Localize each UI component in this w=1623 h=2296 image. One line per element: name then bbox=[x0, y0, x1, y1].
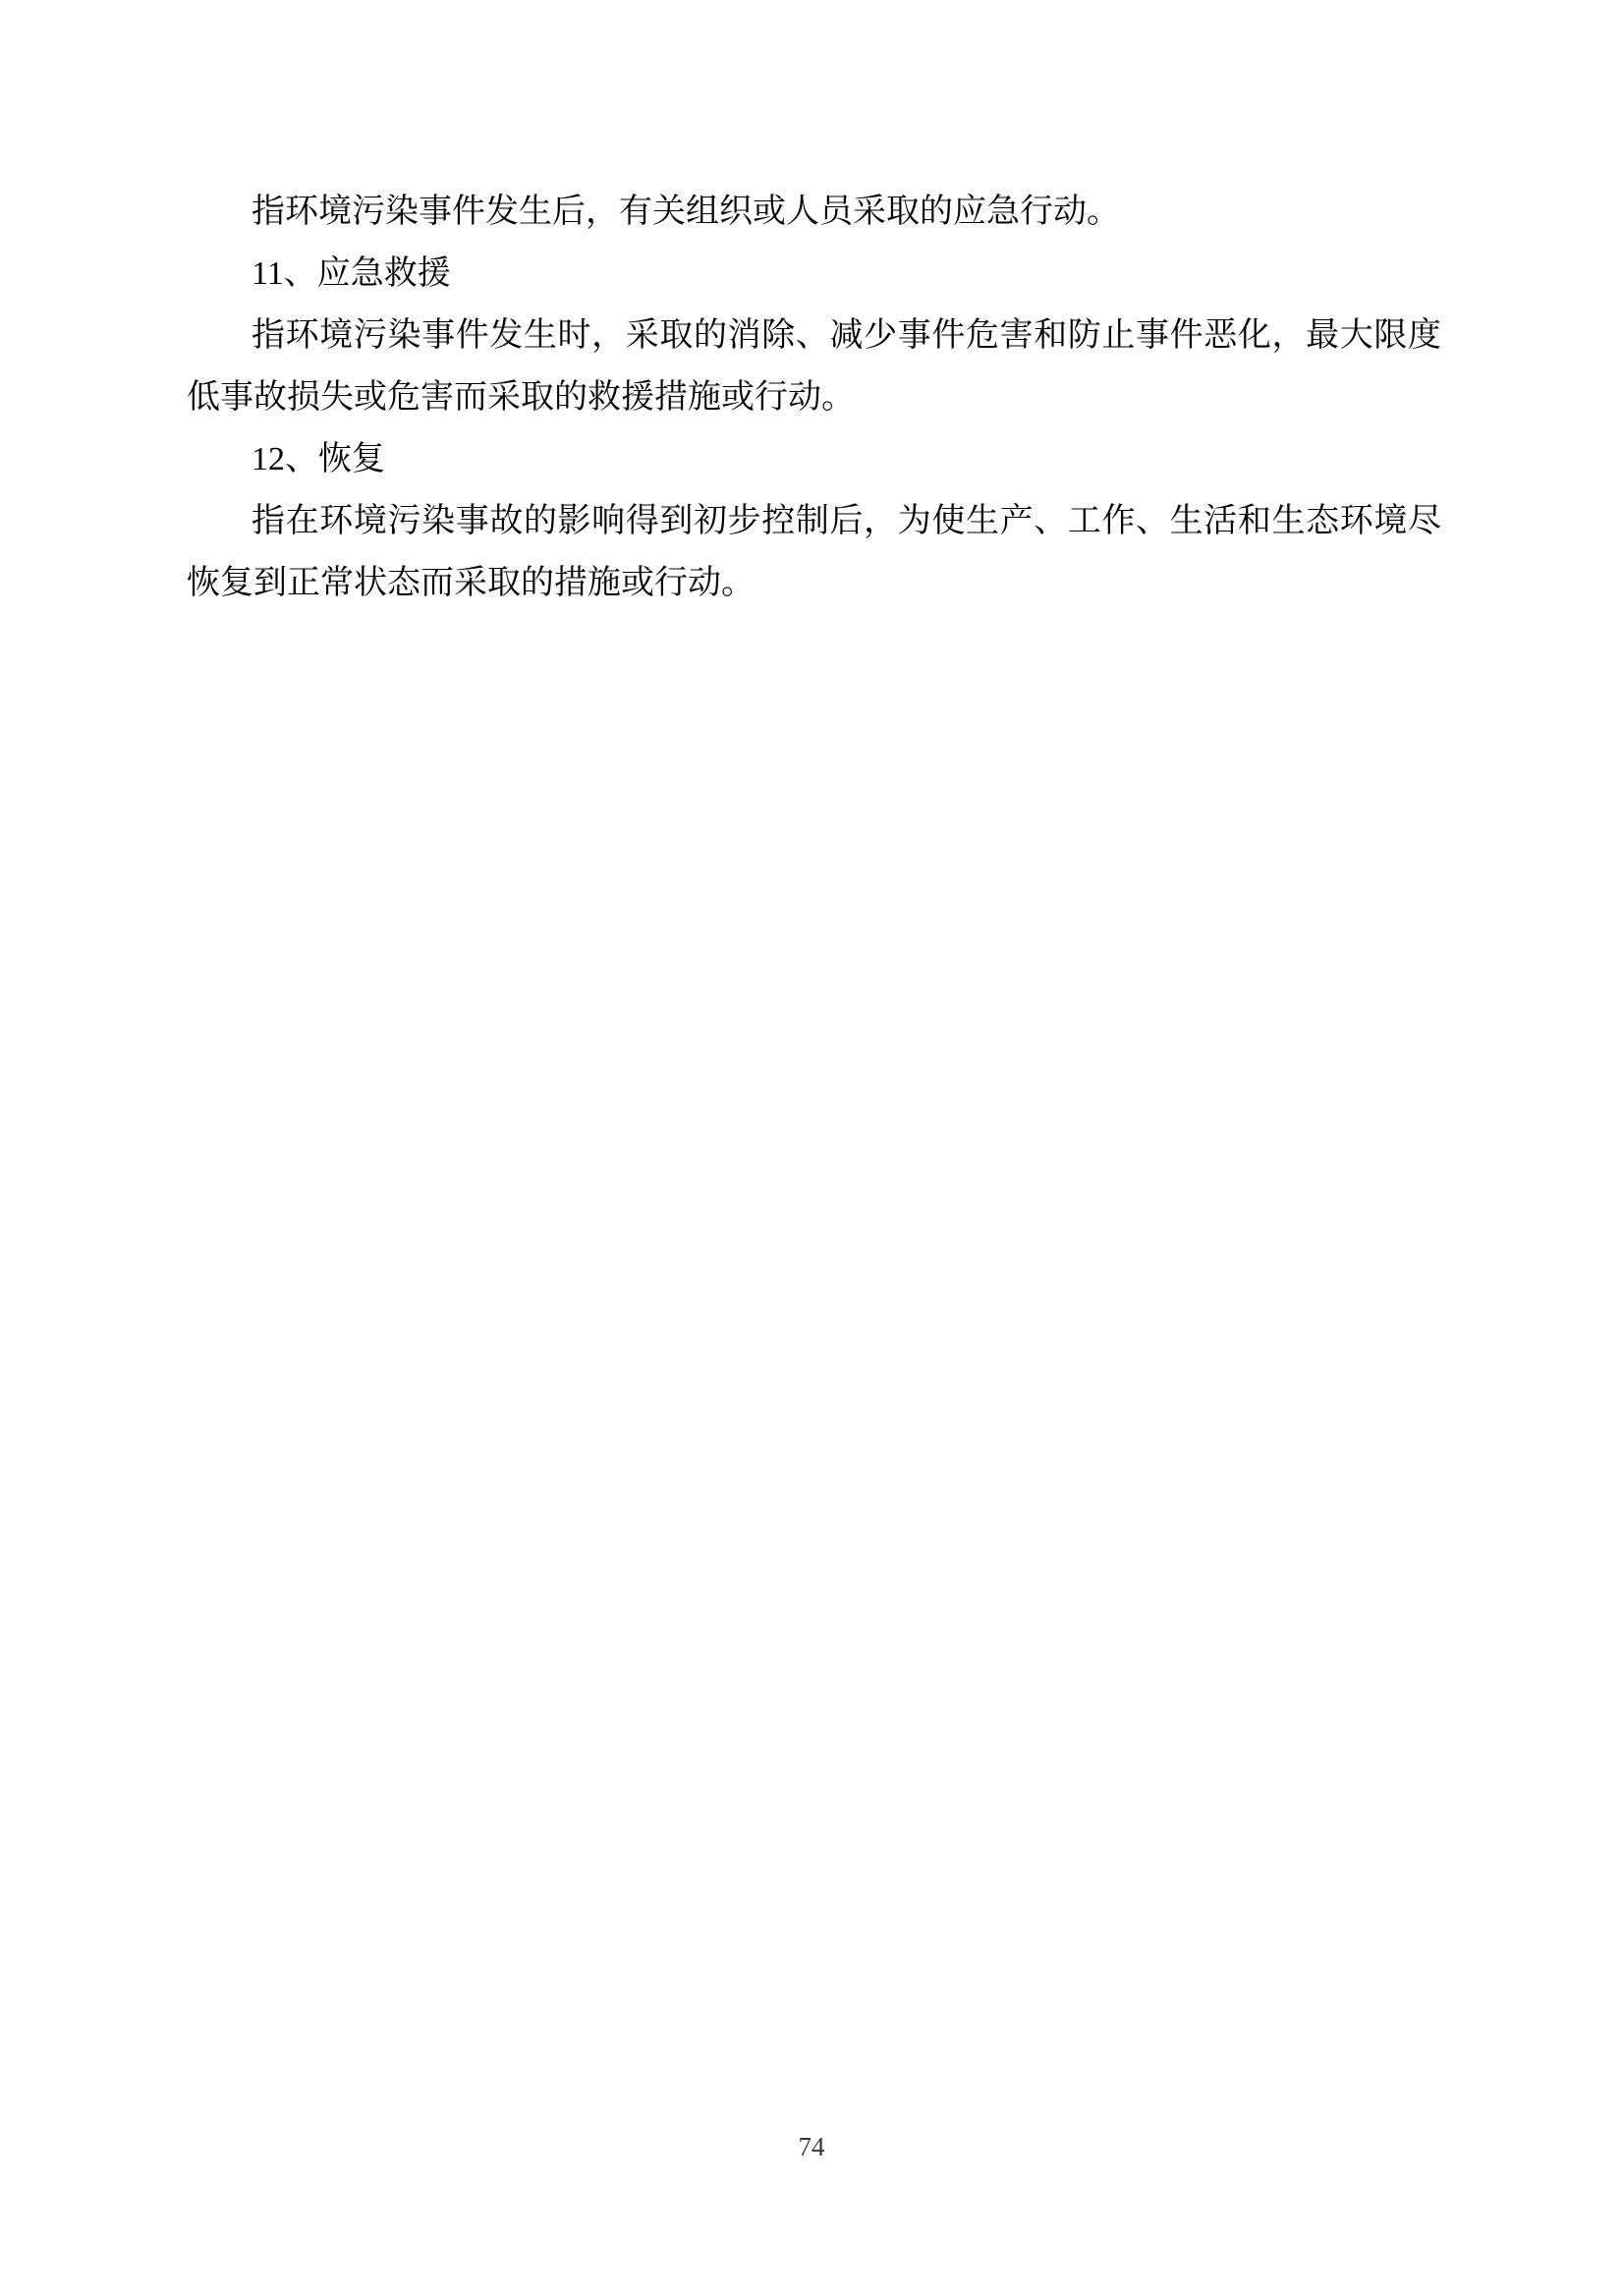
document-text-block: 指环境污染事件发生后，有关组织或人员采取的应急行动。11、应急救援指环境污染事件… bbox=[187, 181, 1441, 614]
text-line: 低事故损失或危害而采取的救援措施或行动。 bbox=[187, 366, 1441, 428]
text-line: 恢复到正常状态而采取的措施或行动。 bbox=[187, 552, 1441, 614]
page-number: 74 bbox=[0, 2134, 1623, 2160]
text-line: 11、应急救援 bbox=[187, 243, 1441, 305]
text-line: 12、恢复 bbox=[187, 428, 1441, 490]
text-line: 指在环境污染事故的影响得到初步控制后，为使生产、工作、生活和生态环境尽快 bbox=[187, 490, 1441, 552]
document-page: 指环境污染事件发生后，有关组织或人员采取的应急行动。11、应急救援指环境污染事件… bbox=[0, 0, 1623, 2296]
text-line: 指环境污染事件发生后，有关组织或人员采取的应急行动。 bbox=[187, 181, 1441, 243]
text-line: 指环境污染事件发生时，采取的消除、减少事件危害和防止事件恶化，最大限度降 bbox=[187, 305, 1441, 366]
